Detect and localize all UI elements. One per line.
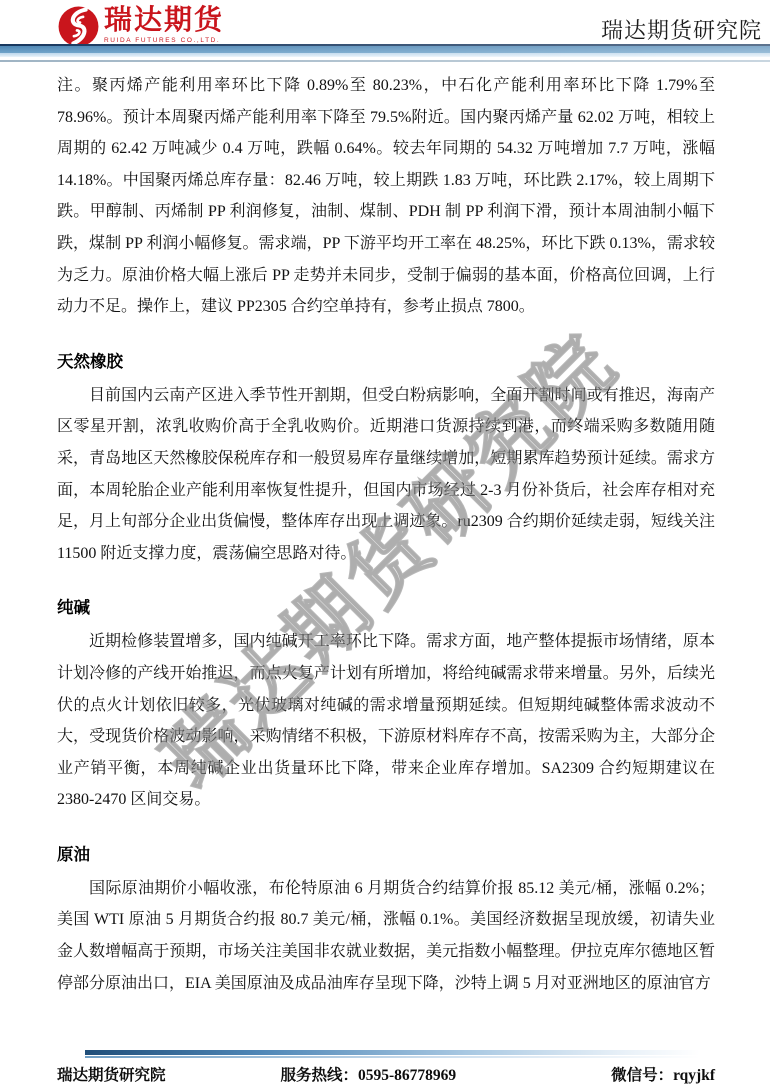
- footer-divider-underline: [85, 1056, 700, 1058]
- section-paragraph: 目前国内云南产区进入季节性开割期，但受白粉病影响，全面开割时间或有推迟，海南产区…: [57, 380, 715, 570]
- section-polypropylene: 注。聚丙烯产能利用率环比下降 0.89%至 80.23%，中石化产能利用率环比下…: [57, 70, 715, 323]
- section-heading: 纯碱: [57, 593, 715, 623]
- footer-hotline: 服务热线：0595-86778969: [280, 1063, 456, 1085]
- footer-institute: 瑞达期货研究院: [57, 1063, 166, 1085]
- section-paragraph: 国际原油期价小幅收涨，布伦特原油 6 月期货合约结算价报 85.12 美元/桶，…: [57, 873, 715, 999]
- footer-wechat: 微信号：rqyjkf: [611, 1063, 715, 1085]
- section-heading: 原油: [57, 840, 715, 870]
- ruida-logo-icon: [56, 4, 101, 49]
- section-paragraph: 注。聚丙烯产能利用率环比下降 0.89%至 80.23%，中石化产能利用率环比下…: [57, 70, 715, 323]
- brand-name-cn: 瑞达期货: [104, 4, 224, 36]
- page-header: 瑞达期货 RUIDA FUTURES CO.,LTD. 瑞达期货研究院: [0, 0, 770, 60]
- section-crude-oil: 原油 国际原油期价小幅收涨，布伦特原油 6 月期货合约结算价报 85.12 美元…: [57, 840, 715, 999]
- brand-name-en: RUIDA FUTURES CO.,LTD.: [104, 37, 224, 44]
- company-logo: 瑞达期货 RUIDA FUTURES CO.,LTD.: [56, 4, 224, 49]
- page-footer: 瑞达期货研究院 服务热线：0595-86778969 微信号：rqyjkf: [57, 1062, 715, 1086]
- section-natural-rubber: 天然橡胶 目前国内云南产区进入季节性开割期，但受白粉病影响，全面开割时间或有推迟…: [57, 347, 715, 570]
- report-body: 注。聚丙烯产能利用率环比下降 0.89%至 80.23%，中石化产能利用率环比下…: [57, 70, 715, 999]
- institute-title: 瑞达期货研究院: [601, 14, 762, 45]
- footer-divider-bar: [85, 1050, 700, 1055]
- header-divider-bar: [0, 44, 770, 57]
- section-heading: 天然橡胶: [57, 347, 715, 377]
- header-divider-underline: [0, 60, 770, 62]
- section-soda-ash: 纯碱 近期检修装置增多，国内纯碱开工率环比下降。需求方面，地产整体提振市场情绪，…: [57, 593, 715, 816]
- section-paragraph: 近期检修装置增多，国内纯碱开工率环比下降。需求方面，地产整体提振市场情绪，原本计…: [57, 626, 715, 816]
